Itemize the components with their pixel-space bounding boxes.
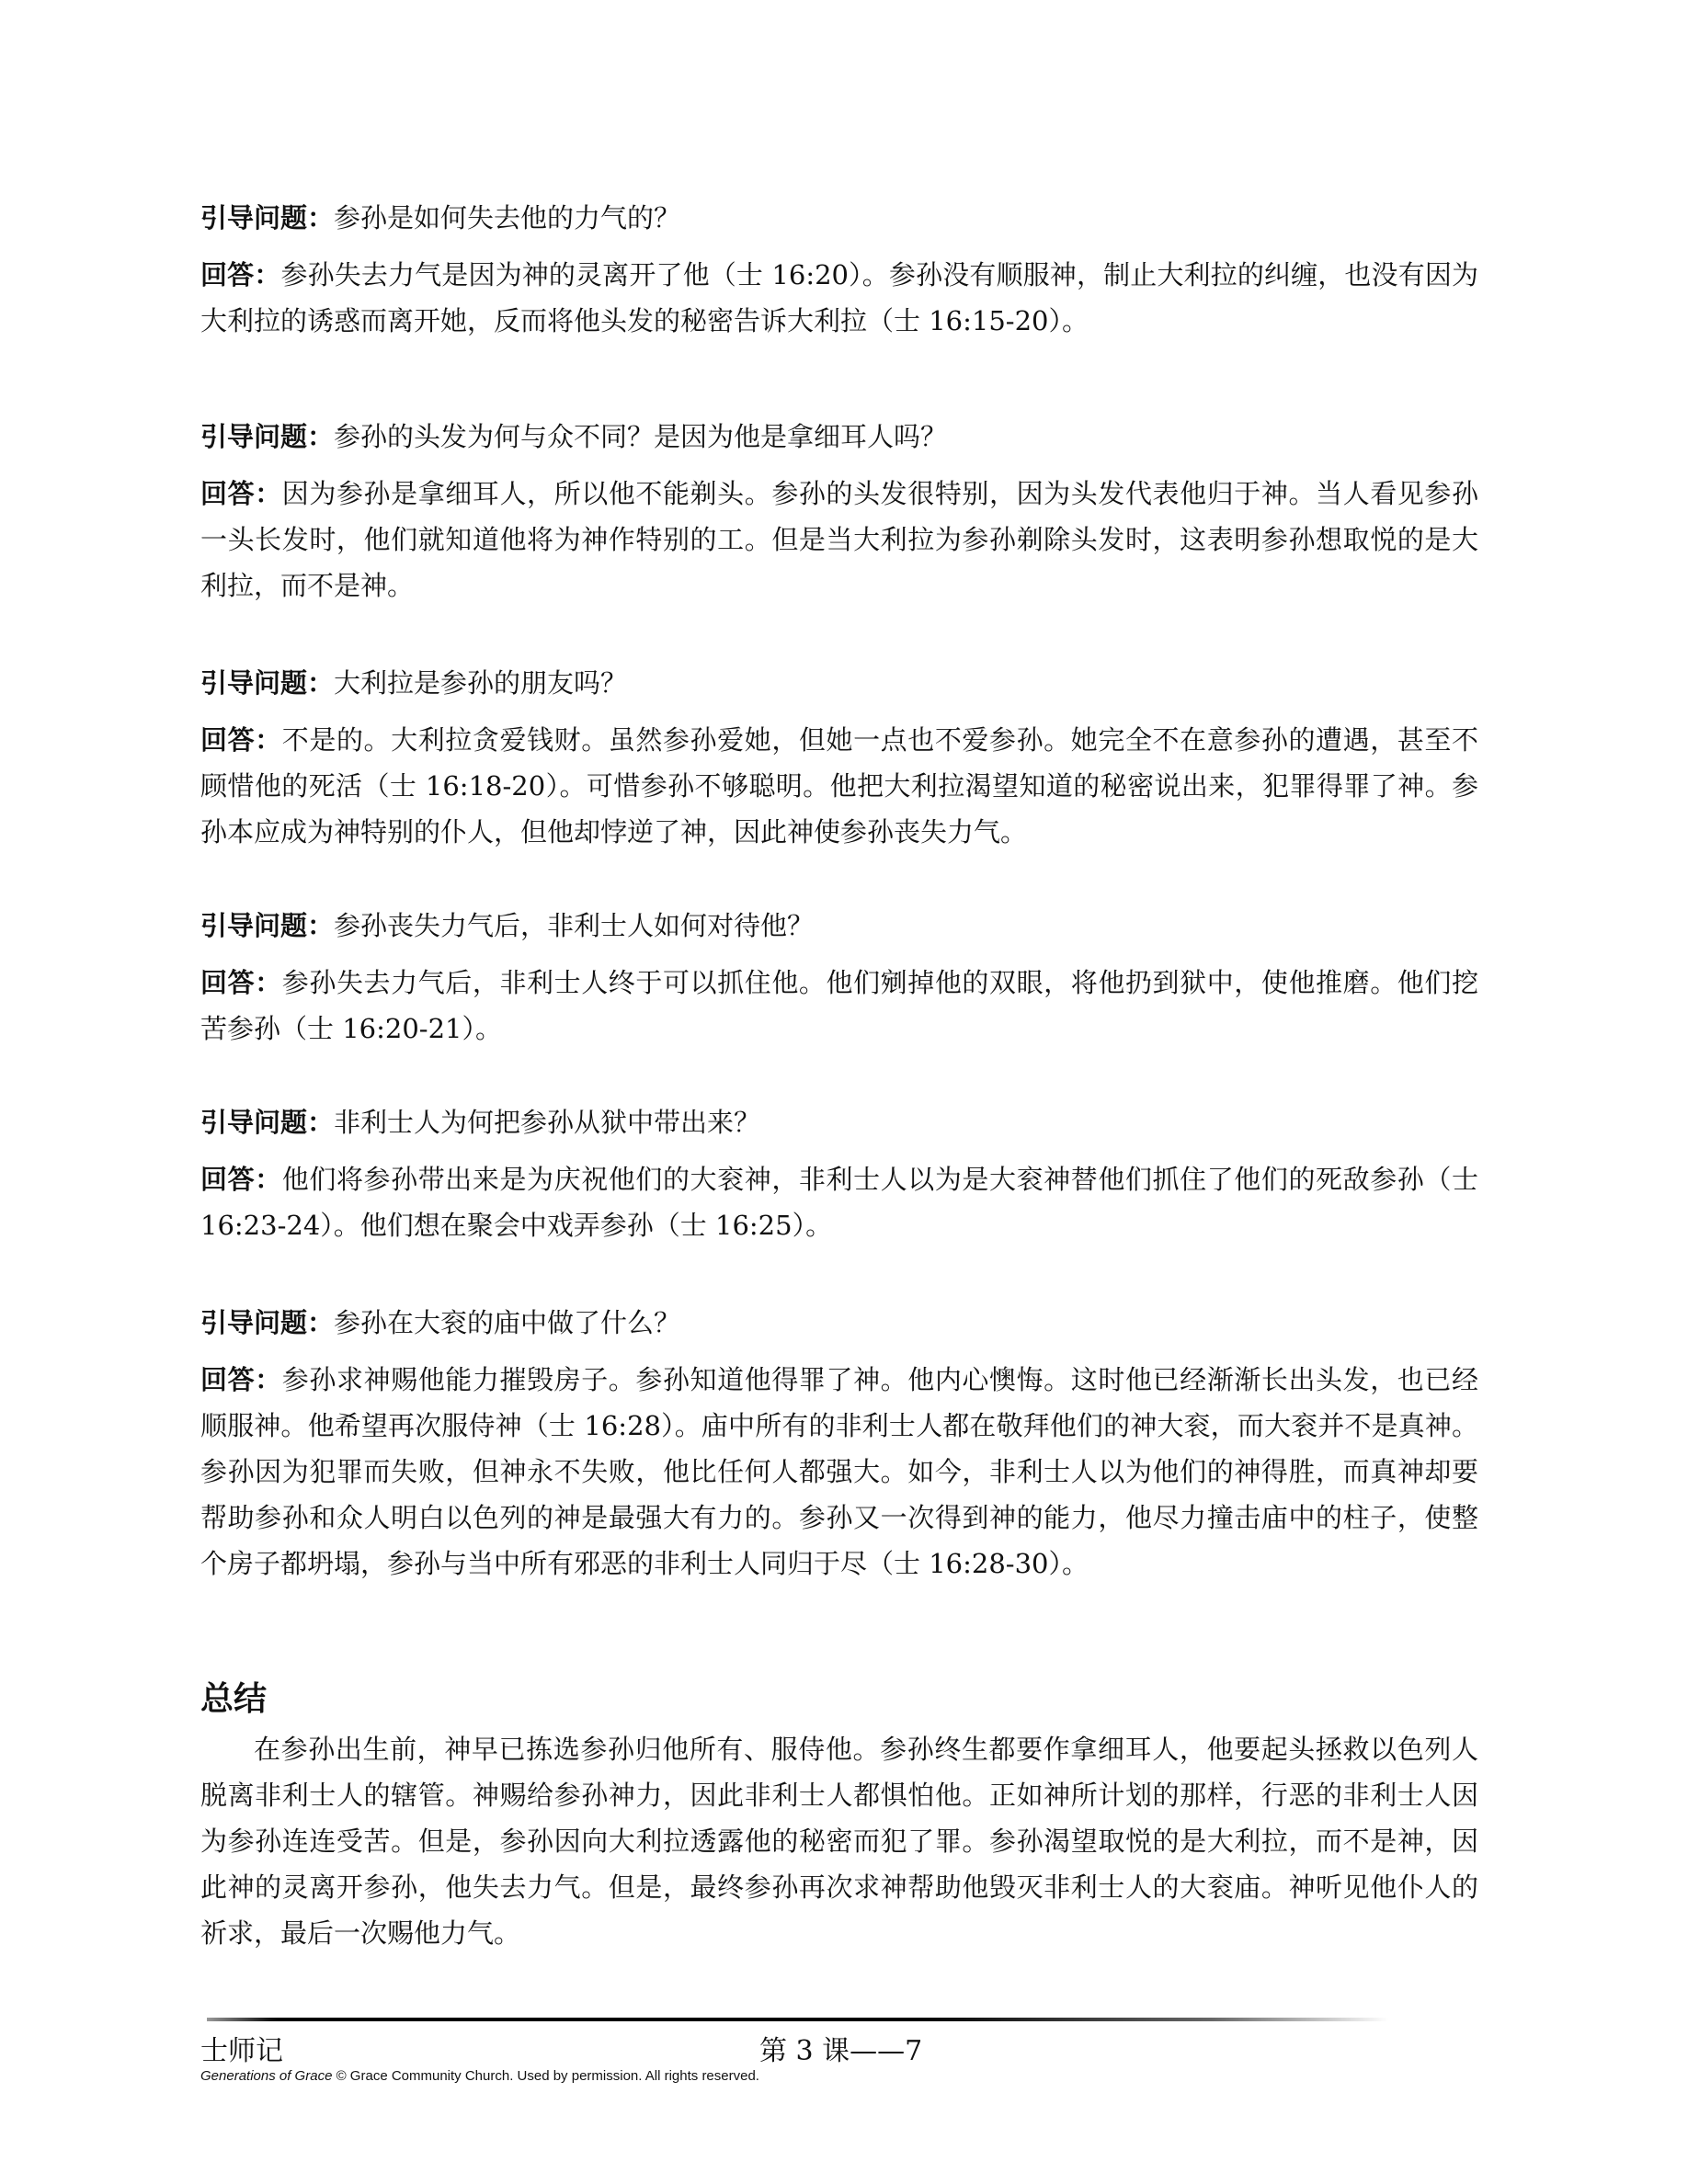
answer: 回答：他们将参孙带出来是为庆祝他们的大衮神，非利士人以为是大衮神替他们抓住了他们… — [200, 1156, 1478, 1248]
qa-block-5: 引导问题：非利士人为何把参孙从狱中带出来？ 回答：他们将参孙带出来是为庆祝他们的… — [200, 1099, 1478, 1248]
answer-label: 回答： — [200, 1164, 282, 1195]
question-text: 非利士人为何把参孙从狱中带出来？ — [334, 1107, 760, 1138]
answer: 回答：参孙失去力气是因为神的灵离开了他（士 16:20）。参孙没有顺服神，制止大… — [200, 252, 1478, 344]
guide-question: 引导问题：参孙是如何失去他的力气的？ — [200, 195, 1478, 241]
answer-label: 回答： — [200, 724, 282, 756]
answer: 回答：参孙求神赐他能力摧毁房子。参孙知道他得罪了神。他内心懊悔。这时他已经渐渐长… — [200, 1357, 1478, 1587]
answer-text: 因为参孙是拿细耳人，所以他不能剃头。参孙的头发很特别，因为头发代表他归于神。当人… — [200, 478, 1478, 601]
summary-paragraph: 在参孙出生前，神早已拣选参孙归他所有、服侍他。参孙终生都要作拿细耳人，他要起头拯… — [200, 1726, 1478, 1956]
guide-question: 引导问题：参孙丧失力气后，非利士人如何对待他？ — [200, 903, 1478, 949]
copyright-title: Generations of Grace — [200, 2068, 332, 2084]
answer: 回答：因为参孙是拿细耳人，所以他不能剃头。参孙的头发很特别，因为头发代表他归于神… — [200, 471, 1478, 609]
footer-copyright: Generations of Grace © Grace Community C… — [200, 2068, 759, 2084]
question-text: 参孙在大衮的庙中做了什么？ — [334, 1307, 680, 1338]
guide-question: 引导问题：非利士人为何把参孙从狱中带出来？ — [200, 1099, 1478, 1145]
summary-heading: 总结 — [200, 1673, 267, 1720]
answer-text: 参孙求神赐他能力摧毁房子。参孙知道他得罪了神。他内心懊悔。这时他已经渐渐长出头发… — [200, 1364, 1478, 1579]
answer-label: 回答： — [200, 259, 280, 290]
answer-text: 不是的。大利拉贪爱钱财。虽然参孙爱她，但她一点也不爱参孙。她完全不在意参孙的遭遇… — [200, 724, 1478, 847]
footer-book-title: 士师记 — [200, 2028, 283, 2068]
qa-block-2: 引导问题：参孙的头发为何与众不同？是因为他是拿细耳人吗？ 回答：因为参孙是拿细耳… — [200, 414, 1478, 609]
footer-page-number: 第 3 课——7 — [759, 2028, 922, 2068]
answer-label: 回答： — [200, 1364, 282, 1395]
answer-text: 参孙失去力气是因为神的灵离开了他（士 16:20）。参孙没有顺服神，制止大利拉的… — [200, 259, 1478, 336]
question-text: 参孙的头发为何与众不同？是因为他是拿细耳人吗？ — [334, 421, 947, 452]
copyright-text: © Grace Community Church. Used by permis… — [332, 2068, 759, 2084]
question-label: 引导问题： — [200, 202, 334, 233]
guide-question: 引导问题：参孙的头发为何与众不同？是因为他是拿细耳人吗？ — [200, 414, 1478, 460]
answer: 回答：参孙失去力气后，非利士人终于可以抓住他。他们剜掉他的双眼，将他扔到狱中，使… — [200, 960, 1478, 1052]
guide-question: 引导问题：大利拉是参孙的朋友吗？ — [200, 660, 1478, 706]
qa-block-4: 引导问题：参孙丧失力气后，非利士人如何对待他？ 回答：参孙失去力气后，非利士人终… — [200, 903, 1478, 1052]
question-label: 引导问题： — [200, 910, 334, 941]
question-label: 引导问题： — [200, 421, 334, 452]
answer-label: 回答： — [200, 478, 282, 509]
question-text: 参孙丧失力气后，非利士人如何对待他？ — [334, 910, 814, 941]
question-label: 引导问题： — [200, 1307, 334, 1338]
question-label: 引导问题： — [200, 667, 334, 699]
answer: 回答：不是的。大利拉贪爱钱财。虽然参孙爱她，但她一点也不爱参孙。她完全不在意参孙… — [200, 717, 1478, 855]
qa-block-6: 引导问题：参孙在大衮的庙中做了什么？ 回答：参孙求神赐他能力摧毁房子。参孙知道他… — [200, 1300, 1478, 1587]
question-text: 参孙是如何失去他的力气的？ — [334, 202, 680, 233]
footer-divider — [207, 2018, 1388, 2021]
question-label: 引导问题： — [200, 1107, 334, 1138]
qa-block-3: 引导问题：大利拉是参孙的朋友吗？ 回答：不是的。大利拉贪爱钱财。虽然参孙爱她，但… — [200, 660, 1478, 855]
answer-text: 他们将参孙带出来是为庆祝他们的大衮神，非利士人以为是大衮神替他们抓住了他们的死敌… — [200, 1164, 1478, 1241]
guide-question: 引导问题：参孙在大衮的庙中做了什么？ — [200, 1300, 1478, 1346]
answer-label: 回答： — [200, 967, 282, 998]
answer-text: 参孙失去力气后，非利士人终于可以抓住他。他们剜掉他的双眼，将他扔到狱中，使他推磨… — [200, 967, 1478, 1044]
question-text: 大利拉是参孙的朋友吗？ — [334, 667, 627, 699]
qa-block-1: 引导问题：参孙是如何失去他的力气的？ 回答：参孙失去力气是因为神的灵离开了他（士… — [200, 195, 1478, 344]
